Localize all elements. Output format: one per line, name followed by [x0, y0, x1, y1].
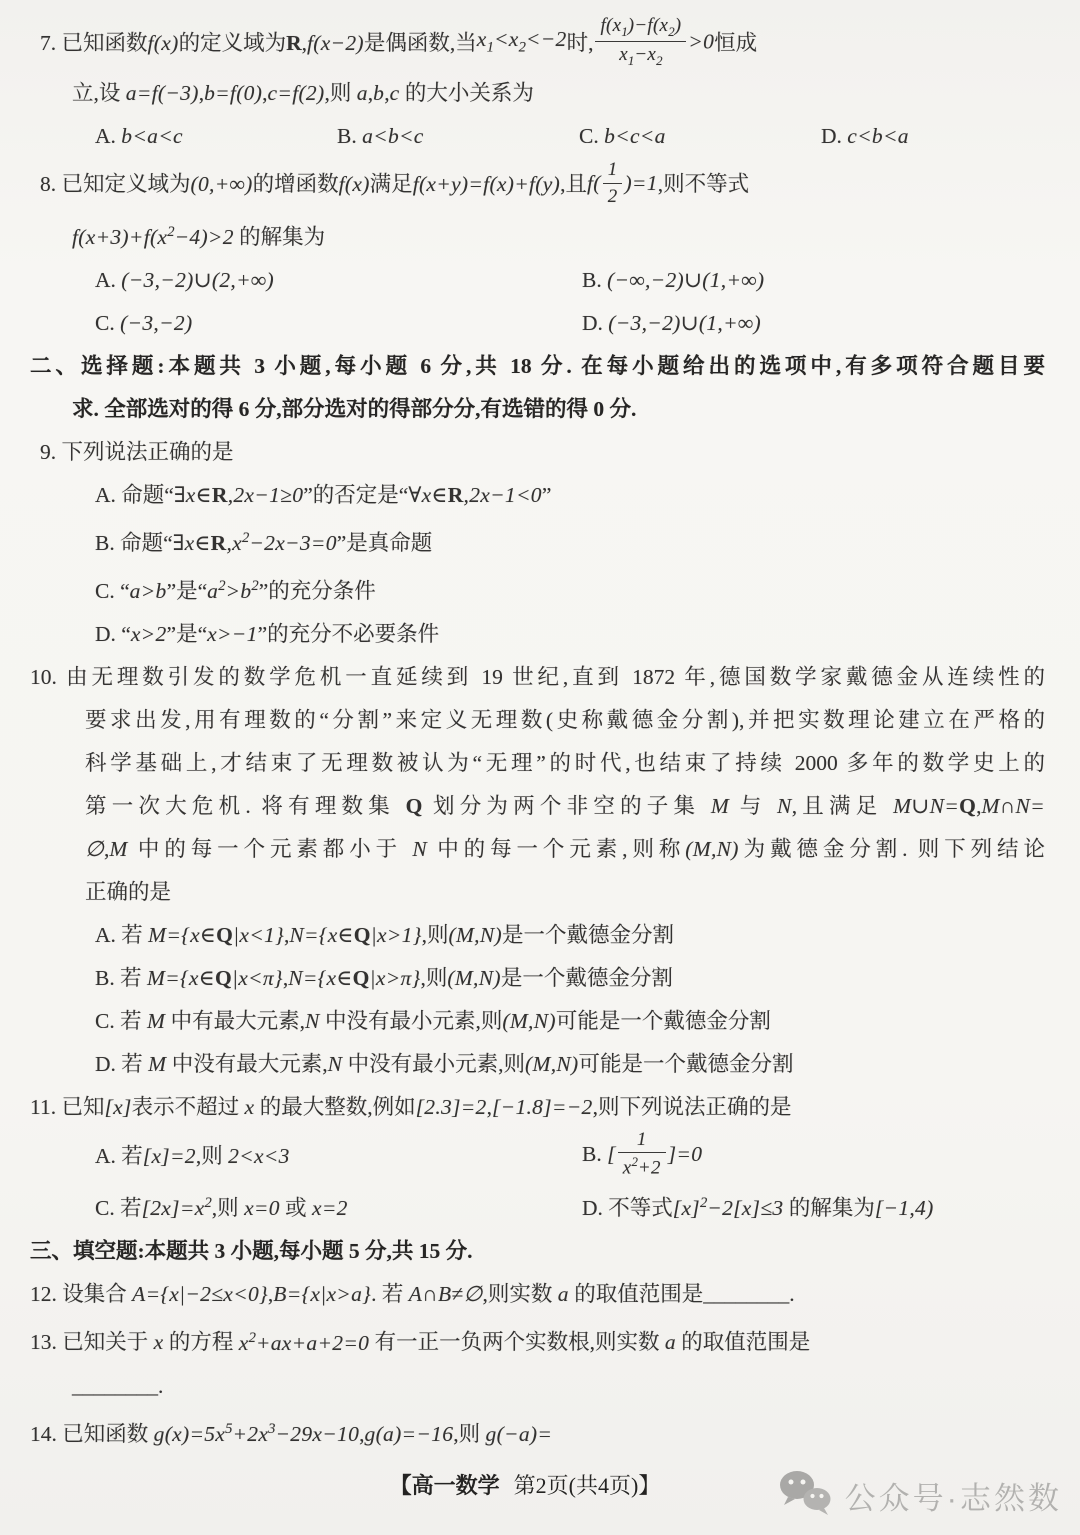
question-12: 12. 设集合 A={x|−2≤x<0},B={x|x>a}. 若 A∩B≠∅,… [30, 1273, 1050, 1316]
question-8-line-2: f(x+3)+f(x2−4)>2 的解集为 [72, 211, 1050, 259]
question-7-options: A. b<a<c B. a<b<c C. b<c<a D. c<b<a [95, 115, 1050, 158]
question-7-option-b: B. a<b<c [337, 115, 579, 158]
question-8-line-1: 8. 已知定义域为(0,+∞)的增函数 f(x) 满足 f(x+y)=f(x)+… [40, 158, 1050, 210]
question-7-option-d: D. c<b<a [821, 115, 1063, 158]
question-7-option-a: A. b<a<c [95, 115, 337, 158]
question-7-line-2: 立,设 a=f(−3),b=f(0),c=f(2),则 a,b,c 的大小关系为 [72, 72, 1050, 115]
question-9-option-a: A. 命题“∃x∈R,2x−1≥0”的否定是“∀x∈R,2x−1<0” [95, 474, 1050, 517]
question-10-line-4: 第一次大危机. 将有理数集 Q 划分为两个非空的子集 M 与 N,且满足 M∪N… [85, 785, 1045, 828]
question-9-option-c: C. “a>b”是“a2>b2”的充分条件 [95, 565, 1050, 613]
question-9-option-b: B. 命题“∃x∈R,x2−2x−3=0”是真命题 [95, 517, 1050, 565]
question-8-option-b: B. (−∞,−2)∪(1,+∞) [582, 259, 764, 302]
question-10-line-6: 正确的是 [85, 871, 1050, 914]
question-9-option-d: D. “x>2”是“x>−1”的充分不必要条件 [95, 613, 1050, 656]
question-14: 14. 已知函数 g(x)=5x5+2x3−29x−10,g(a)=−16,则 … [30, 1408, 1050, 1456]
question-10-line-5: ∅,M 中的每一个元素都小于 N 中的每一个元素,则称(M,N)为戴德金分割. … [85, 828, 1045, 871]
question-11-options-row-2: C. 若[2x]=x2,则 x=0 或 x=2 D. 不等式[x]2−2[x]≤… [95, 1182, 1050, 1230]
exam-page: 7. 已知函数 f(x) 的定义域为 R,f(x−2)是偶函数,当 x1<x2<… [0, 0, 1080, 1535]
section-3-header: 三、填空题:本题共 3 小题,每小题 5 分,共 15 分. [30, 1230, 1050, 1273]
question-10-line-2: 要求出发,用有理数的“分割”来定义无理数(史称戴德金分割),并把实数理论建立在严… [85, 699, 1045, 742]
question-10-line-1: 10. 由无理数引发的数学危机一直延续到 19 世纪,直到 1872 年,德国数… [30, 656, 1045, 699]
question-10-line-3: 科学基础上,才结束了无理数被认为“无理”的时代,也结束了持续 2000 多年的数… [85, 742, 1045, 785]
footer-page-number: 第2页(共4页)】 [514, 1473, 661, 1498]
question-10-option-d: D. 若 M 中没有最大元素,N 中没有最小元素,则(M,N)可能是一个戴德金分… [95, 1043, 1050, 1086]
question-7-line-1: 7. 已知函数 f(x) 的定义域为 R,f(x−2)是偶函数,当 x1<x2<… [40, 14, 1050, 72]
watermark: 公众号·志然数 [777, 1469, 1062, 1521]
question-8-options-row-2: C. (−3,−2) D. (−3,−2)∪(1,+∞) [95, 302, 1050, 345]
question-8-options-row-1: A. (−3,−2)∪(2,+∞) B. (−∞,−2)∪(1,+∞) [95, 259, 1050, 302]
question-10-option-a: A. 若 M={x∈Q|x<1},N={x∈Q|x>1},则(M,N)是一个戴德… [95, 914, 1050, 957]
question-9-stem: 9. 下列说法正确的是 [40, 431, 1050, 474]
question-11-option-c: C. 若[2x]=x2,则 x=0 或 x=2 [95, 1182, 582, 1230]
wechat-icon [777, 1469, 835, 1521]
question-11-stem: 11. 已知[x]表示不超过 x 的最大整数,例如[2.3]=2,[−1.8]=… [30, 1086, 1050, 1129]
question-10-option-c: C. 若 M 中有最大元素,N 中没有最小元素,则(M,N)可能是一个戴德金分割 [95, 1000, 1050, 1043]
watermark-text: 公众号·志然数 [845, 1473, 1062, 1518]
section-2-header-line-1: 二、选择题:本题共 3 小题,每小题 6 分,共 18 分. 在每小题给出的选项… [30, 345, 1045, 388]
question-10-option-b: B. 若 M={x∈Q|x<π},N={x∈Q|x>π},则(M,N)是一个戴德… [95, 957, 1050, 1000]
question-11-option-d: D. 不等式[x]2−2[x]≤3 的解集为[−1,4) [582, 1182, 934, 1230]
footer-subject-title: 【高一数学 [390, 1473, 500, 1498]
question-7-option-c: C. b<c<a [579, 115, 821, 158]
question-13-line-1: 13. 已知关于 x 的方程 x2+ax+a+2=0 有一正一负两个实数根,则实… [30, 1316, 1050, 1364]
question-8-option-d: D. (−3,−2)∪(1,+∞) [582, 302, 761, 345]
section-2-header-line-2: 求. 全部选对的得 6 分,部分选对的得部分分,有选错的得 0 分. [72, 388, 1050, 431]
question-11-options-row-1: A. 若[x]=2,则 2<x<3 B. [1x2+2]=0 [95, 1129, 1050, 1182]
question-8-option-a: A. (−3,−2)∪(2,+∞) [95, 259, 582, 302]
question-8-option-c: C. (−3,−2) [95, 302, 582, 345]
question-11-option-b: B. [1x2+2]=0 [582, 1129, 702, 1182]
question-11-option-a: A. 若[x]=2,则 2<x<3 [95, 1131, 582, 1181]
question-13-blank-line: ________. [72, 1365, 1050, 1408]
